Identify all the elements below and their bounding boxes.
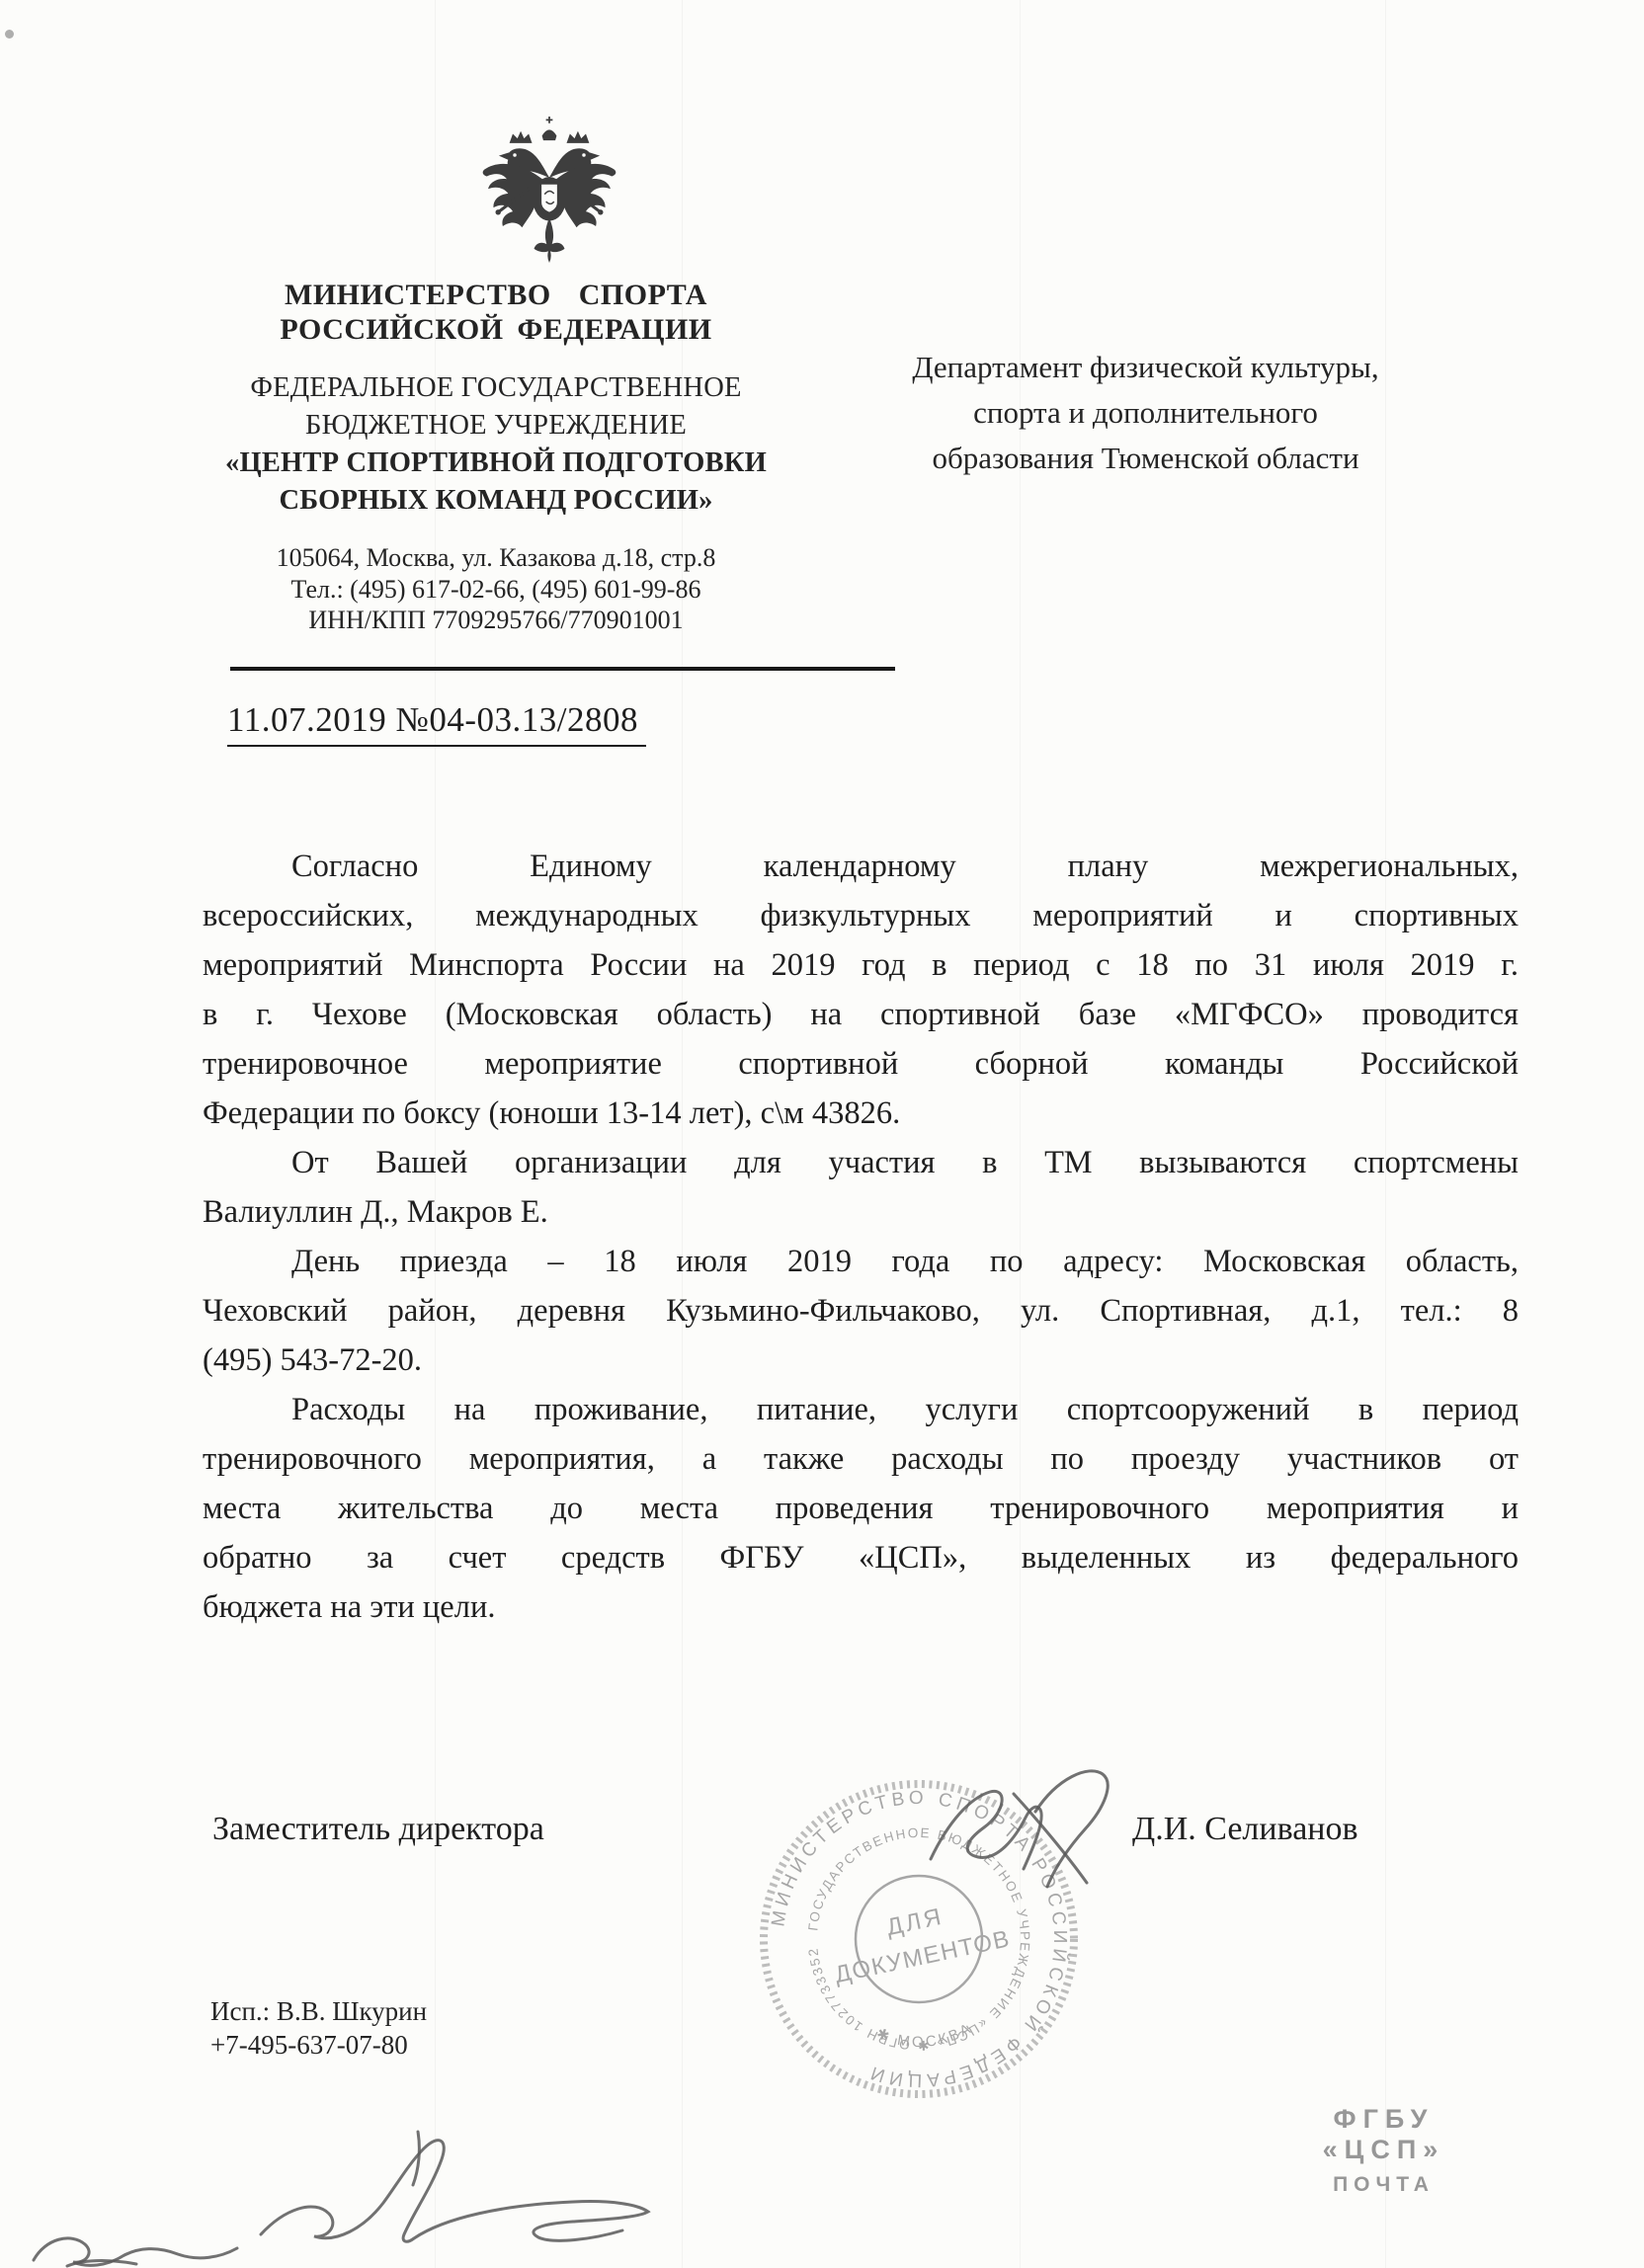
body-line: обратно за счет средств ФГБУ «ЦСП», выде… (203, 1533, 1519, 1582)
body-line: тренировочного мероприятия, а также расх… (203, 1434, 1519, 1484)
signer-position: Заместитель директора (212, 1811, 544, 1848)
letter-body: Согласно Единому календарному плану межр… (203, 842, 1519, 1632)
stamp-center-text: ДЛЯ ДОКУМЕНТОВ (825, 1891, 1013, 1988)
recipient-line1: Департамент физической культуры, (862, 345, 1430, 390)
letterhead: МИНИСТЕРСТВО СПОРТА РОССИЙСКОЙ ФЕДЕРАЦИИ… (170, 278, 822, 636)
body-line: Валиуллин Д., Макров Е. (203, 1187, 1519, 1237)
mail-stamp-org: ФГБУ «ЦСП» (1268, 2104, 1500, 2165)
executor-block: Исп.: В.В. Шкурин +7-495-637-07-80 (210, 1994, 427, 2062)
signer-name: Д.И. Селиванов (1132, 1811, 1358, 1848)
body-line: всероссийских, международных физкультурн… (203, 891, 1519, 940)
handwritten-signature-large (245, 2120, 680, 2268)
org-line1: ФЕДЕРАЛЬНОЕ ГОСУДАРСТВЕННОЕ (170, 369, 822, 407)
org-line4: СБОРНЫХ КОМАНД РОССИИ» (170, 482, 822, 520)
org-line2: БЮДЖЕТНОЕ УЧРЕЖДЕНИЕ (170, 407, 822, 445)
handwritten-signature-small (28, 2219, 245, 2268)
body-line: (495) 543-72-20. (203, 1336, 1519, 1385)
recipient-block: Департамент физической культуры, спорта … (862, 345, 1430, 481)
ministry-name-line2: РОССИЙСКОЙ ФЕДЕРАЦИИ (170, 312, 822, 347)
inn-kpp: ИНН/КПП 7709295766/770901001 (170, 605, 822, 636)
body-line: Согласно Единому календарному плану межр… (203, 842, 1519, 891)
executor-name: Исп.: В.В. Шкурин (210, 1994, 427, 2028)
postal-address: 105064, Москва, ул. Казакова д.18, стр.8 (170, 542, 822, 574)
body-line: мероприятий Минспорта России на 2019 год… (203, 940, 1519, 990)
body-line: Чеховский район, деревня Кузьмино-Фильча… (203, 1286, 1519, 1336)
letterhead-divider-line (230, 667, 895, 671)
body-line: места жительства до места проведения тре… (203, 1484, 1519, 1533)
body-line: в г. Чехове (Московская область) на спор… (203, 990, 1519, 1039)
russian-coat-of-arms-eagle-icon (476, 111, 622, 277)
executor-phone: +7-495-637-07-80 (210, 2028, 427, 2062)
mail-stamp-word: ПОЧТА (1268, 2173, 1500, 2197)
organization-name: ФЕДЕРАЛЬНОЕ ГОСУДАРСТВЕННОЕ БЮДЖЕТНОЕ УЧ… (170, 369, 822, 520)
scan-speck (5, 30, 14, 39)
body-line: От Вашей организации для участия в ТМ вы… (203, 1138, 1519, 1187)
scanned-letter-page: { "page": { "letterhead": { "ministry_li… (0, 0, 1644, 2268)
recipient-line3: образования Тюменской области (862, 436, 1430, 481)
body-line: Расходы на проживание, питание, услуги с… (203, 1385, 1519, 1434)
recipient-line2: спорта и дополнительного (862, 390, 1430, 436)
body-line: День приезда – 18 июля 2019 года по адре… (203, 1237, 1519, 1286)
phone-numbers: Тел.: (495) 617-02-66, (495) 601-99-86 (170, 574, 822, 606)
body-line: Федерации по боксу (юноши 13-14 лет), с\… (203, 1089, 1519, 1138)
body-line: бюджета на эти цели. (203, 1582, 1519, 1632)
director-signature (919, 1760, 1141, 1903)
stamp-center-line1: ДЛЯ (884, 1903, 946, 1942)
stamp-center-line2: ДОКУМЕНТОВ (833, 1925, 1014, 1988)
mail-stamp: ФГБУ «ЦСП» ПОЧТА (1268, 2104, 1500, 2197)
body-line: тренировочное мероприятие спортивной сбо… (203, 1039, 1519, 1089)
org-line3: «ЦЕНТР СПОРТИВНОЙ ПОДГОТОВКИ (170, 445, 822, 482)
organization-contacts: 105064, Москва, ул. Казакова д.18, стр.8… (170, 542, 822, 636)
ministry-name-line1: МИНИСТЕРСТВО СПОРТА (170, 278, 822, 312)
date-and-reference-number: 11.07.2019 №04-03.13/2808 (227, 700, 646, 747)
